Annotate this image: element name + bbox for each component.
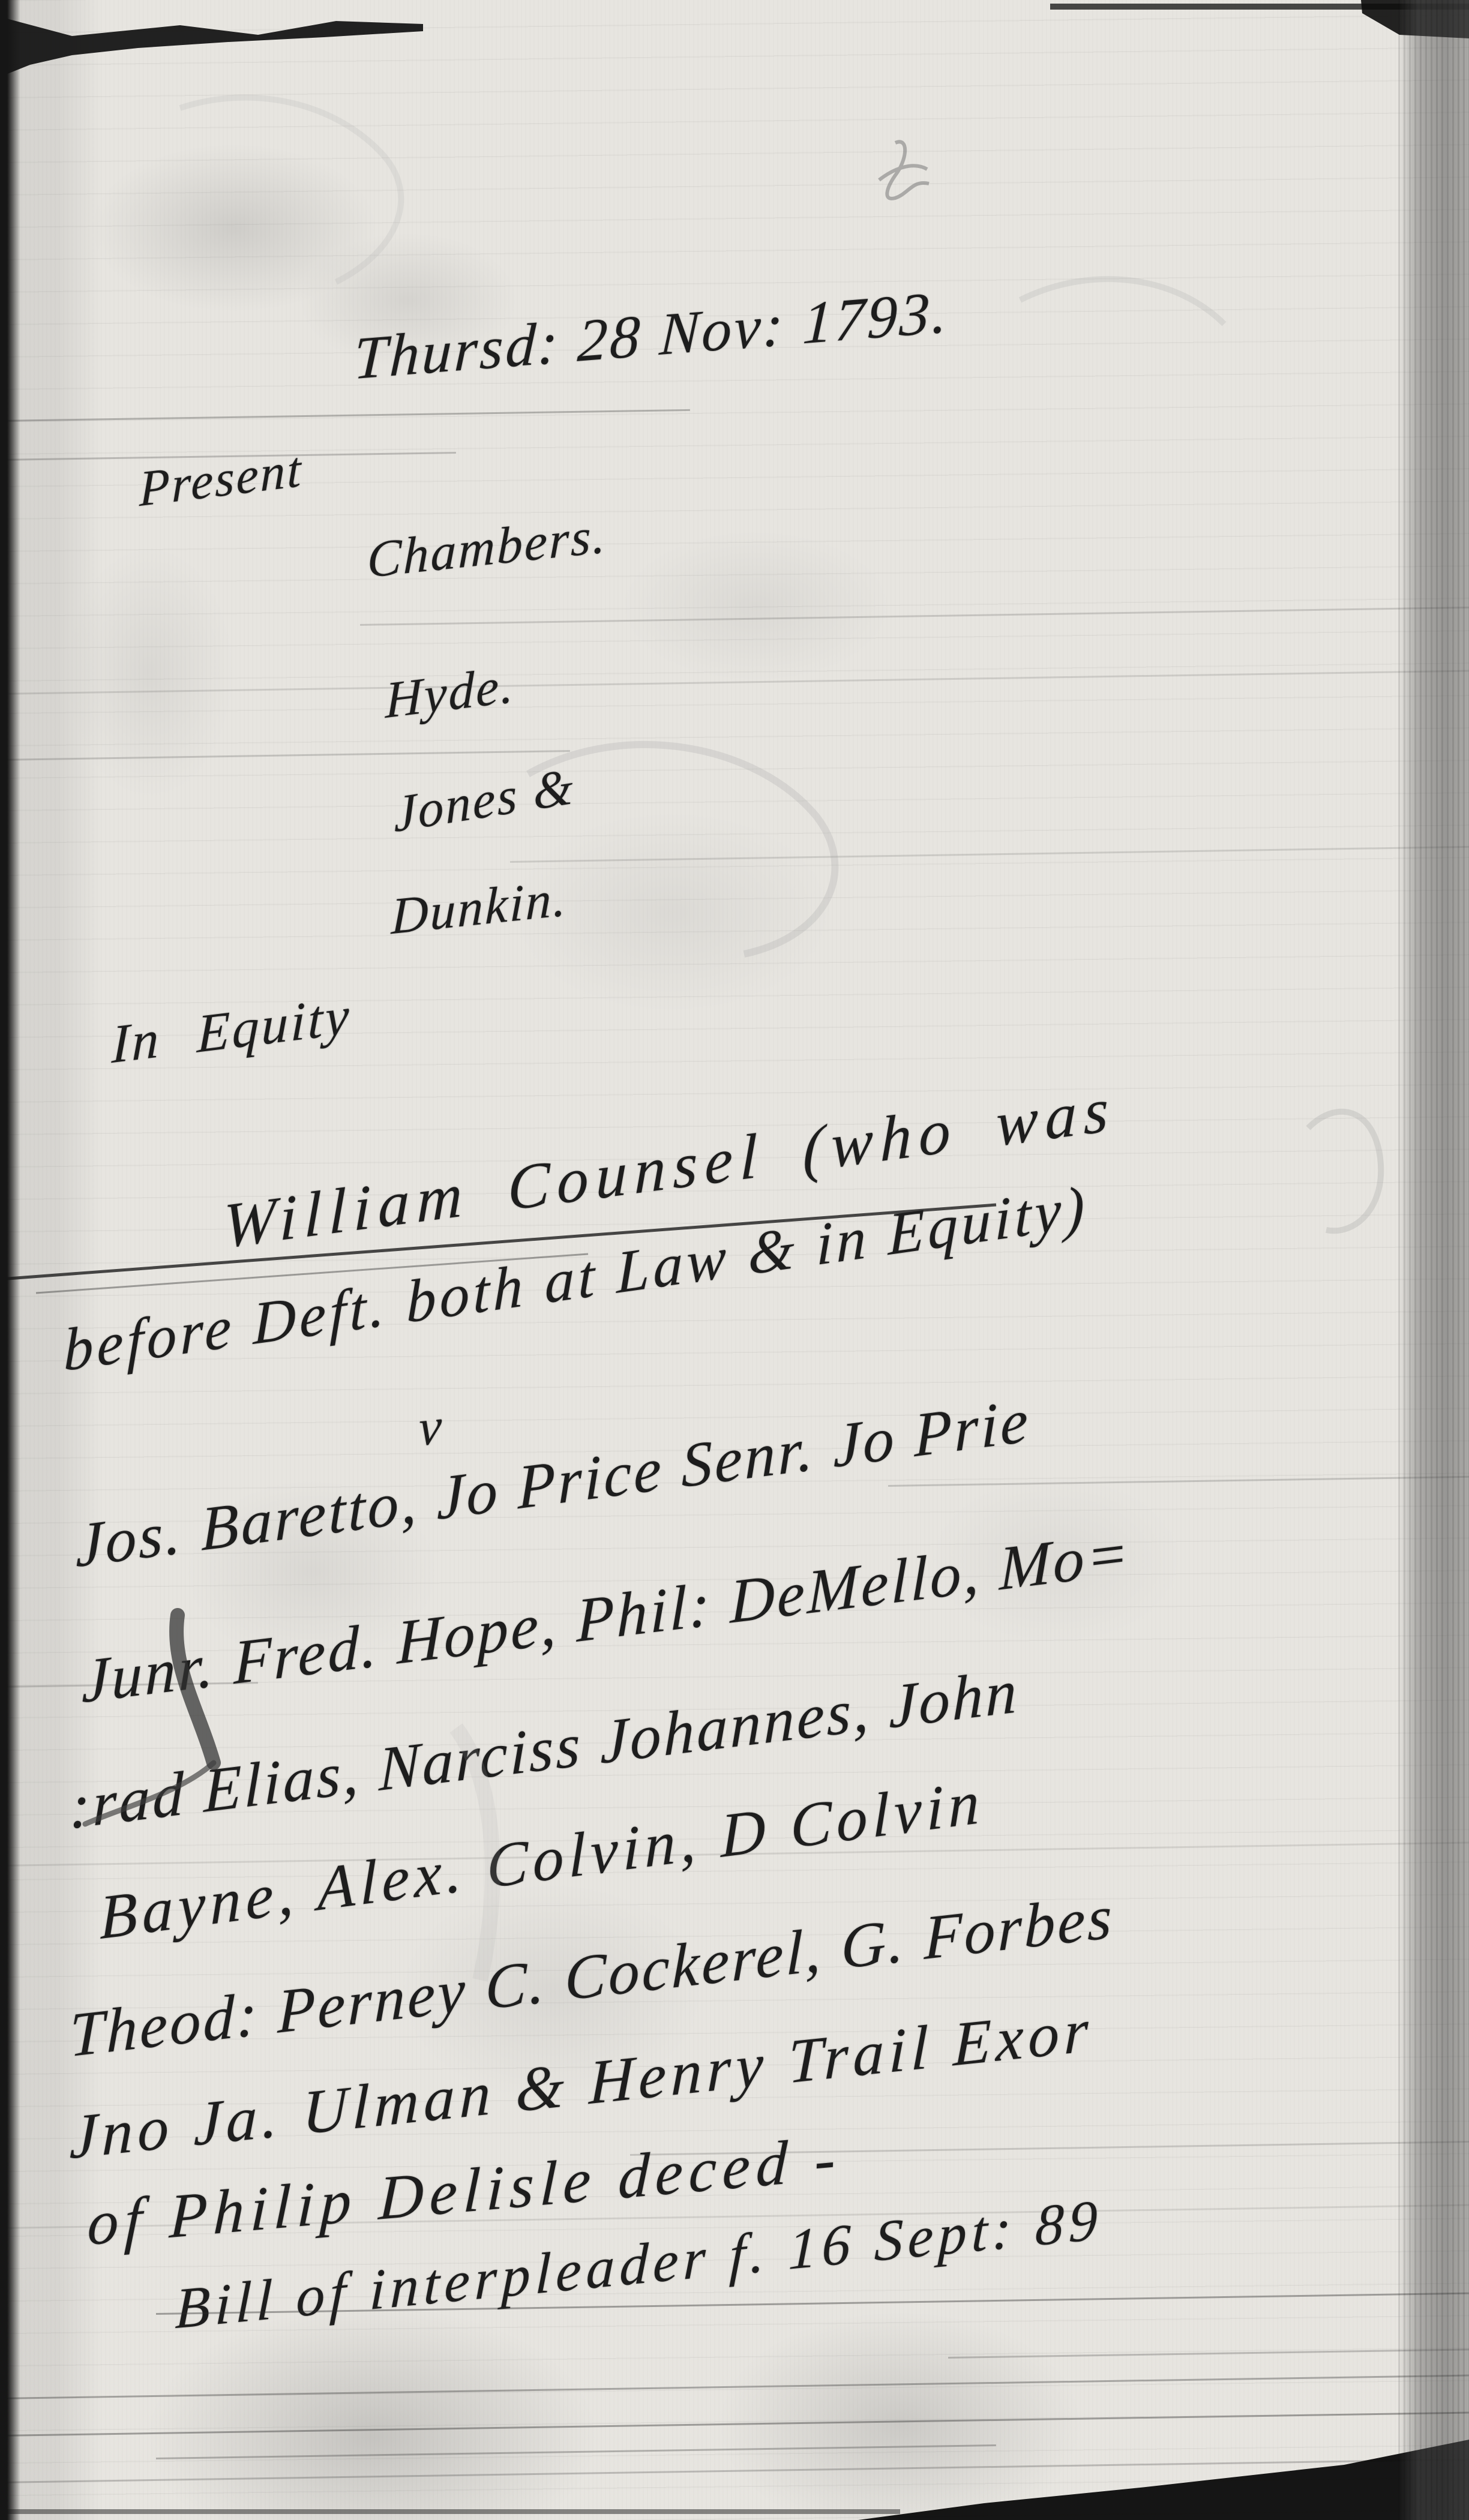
scan-line — [0, 409, 690, 422]
judge-name-chambers: Chambers. — [367, 508, 607, 587]
present-label: Present — [139, 443, 302, 516]
manuscript-page: Thursd: 28 Nov: 1793. Present Chambers. … — [0, 0, 1469, 2520]
bottom-edge-line — [0, 2509, 900, 2514]
scan-line — [360, 607, 1469, 626]
jurisdiction-heading: In Equity — [111, 988, 352, 1074]
scan-line — [156, 2444, 996, 2459]
bottom-right-corner-tear — [858, 2440, 1469, 2520]
scan-line — [0, 670, 1469, 695]
scan-line — [0, 750, 570, 761]
judge-name-dunkin: Dunkin. — [391, 871, 568, 944]
top-edge-tear — [0, 17, 423, 77]
left-edge-shadow — [0, 0, 20, 2520]
versus-marker: v — [418, 1399, 442, 1456]
ghost-stroke — [1020, 279, 1224, 324]
date-heading: Thursd: 28 Nov: 1793. — [353, 280, 951, 391]
judge-name-jones: Jones & — [392, 758, 575, 842]
scan-line — [888, 1476, 1469, 1487]
scan-line — [0, 2459, 1469, 2483]
ghost-stroke — [1308, 1112, 1381, 1231]
scan-line — [0, 2375, 1469, 2399]
scan-line — [0, 2412, 1469, 2437]
scan-line — [948, 2348, 1469, 2359]
judge-name-hyde: Hyde. — [385, 657, 515, 728]
right-edge-gutter-shadow — [1398, 0, 1469, 2520]
ghost-stroke — [180, 98, 401, 282]
faint-scribble-mark — [879, 142, 929, 199]
scan-line — [510, 846, 1469, 863]
